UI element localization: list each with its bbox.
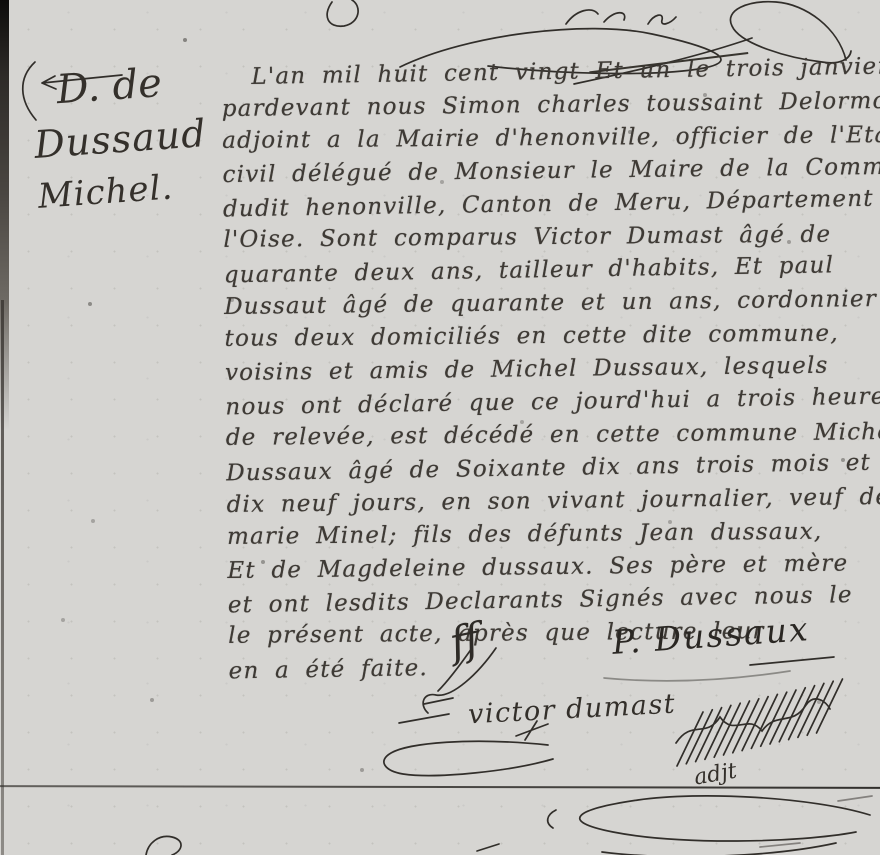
flourish-bottom-oval	[580, 796, 870, 855]
scribble-hatch-lines	[677, 679, 843, 766]
act-line: adjoint a la Mairie d'henonville, offici…	[222, 119, 877, 158]
margin-annotation-line: Dussaud	[33, 114, 208, 164]
act-line: tous deux domiciliés en cette dite commu…	[224, 317, 879, 356]
struck-text: Et un	[595, 57, 671, 84]
signature-witness: victor dumast	[467, 689, 677, 731]
flourish-bottom-dashes	[760, 796, 872, 847]
flourish-next-record-fragment	[146, 836, 181, 855]
act-line: marie Minel; fils des défunts Jean dussa…	[227, 515, 880, 554]
margin-annotation-line: Michel.	[37, 168, 211, 214]
flourish-bottom-small-mark	[477, 844, 499, 851]
record-separator-rule	[0, 785, 880, 789]
signature-scribble-hatched	[676, 679, 843, 766]
flourish-big-curve	[384, 741, 553, 775]
flourish-top-right-marks	[566, 10, 676, 24]
scribble-name-stroke	[676, 699, 830, 743]
act-line-pre: L'an mil huit cent vingt	[251, 58, 595, 90]
flourish-dash-marks	[399, 698, 453, 723]
manuscript-page: D. de Dussaud Michel. L'an mil huit cent…	[0, 0, 880, 855]
margin-annotation: D. de Dussaud Michel.	[29, 60, 211, 214]
flourish-bottom-oval-tip	[548, 810, 556, 828]
act-text-block: L'an mil huit cent vingt Et un le trois …	[221, 52, 880, 687]
scan-speckles	[0, 0, 2, 2]
flourish-prev-signature-loop	[327, 0, 358, 26]
margin-annotation-line: D. de	[55, 60, 204, 110]
binding-edge-line	[1, 300, 4, 855]
